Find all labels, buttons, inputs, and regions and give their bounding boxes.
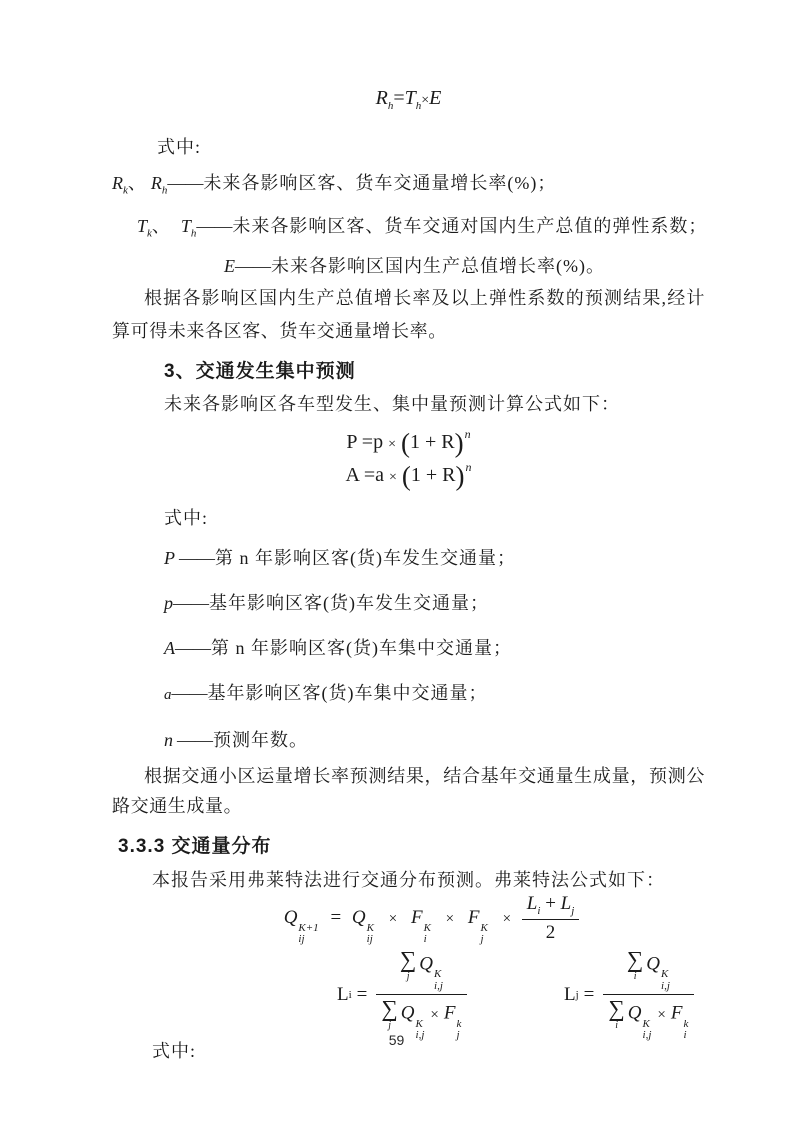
definition-text: 第 n 年影响区客(货)车集中交通量； bbox=[211, 638, 512, 658]
separator: 、 bbox=[128, 173, 147, 193]
body-paragraph: 根据各影响区国内生产总值增长率及以上弹性系数的预测结果,经计算可得未来各区客、货… bbox=[112, 282, 705, 348]
right-paren: ) bbox=[455, 428, 464, 458]
equals-sign: = bbox=[357, 984, 368, 1006]
times-sign: × bbox=[389, 911, 397, 927]
definition-line: a——基年影响区客(货)车集中交通量； bbox=[164, 680, 705, 708]
body-paragraph: 根据交通小区运量增长率预测结果，结合基年交通量生成量，预测公路交通生成量。 bbox=[112, 761, 705, 821]
definition-line: Rk、Rh——未来各影响区客、货车交通量增长率(%)； bbox=[112, 170, 705, 204]
times-sign: × bbox=[657, 1007, 665, 1023]
equals-sign: = bbox=[364, 464, 375, 486]
supsub: Ki,j bbox=[434, 969, 443, 992]
right-paren: ) bbox=[456, 461, 465, 491]
fraction-numerator: ∑jQKi,j bbox=[376, 948, 467, 994]
plus-sign: + bbox=[545, 893, 556, 914]
formula-growth-rate: Rh=Th×E bbox=[112, 84, 705, 120]
definition-text: 基年影响区客(货)车发生交通量； bbox=[209, 593, 489, 613]
var-L: L bbox=[561, 893, 572, 914]
definition-line: P——第 n 年影响区客(货)车发生交通量； bbox=[164, 545, 705, 571]
exponent-n: n bbox=[465, 427, 471, 441]
times-sign: × bbox=[388, 437, 396, 452]
var-L: L bbox=[564, 984, 576, 1006]
var-Q: Q bbox=[628, 1003, 642, 1024]
formula-attraction-a: A =a × (1 + R)n bbox=[112, 460, 705, 493]
definition-line: n——预测年数。 bbox=[164, 727, 705, 753]
definition-text: 基年影响区客(货)车集中交通量； bbox=[208, 683, 488, 703]
var-p: p bbox=[373, 431, 383, 453]
symbol: A bbox=[164, 638, 175, 658]
fraction: Li + Lj 2 bbox=[522, 893, 580, 944]
em-dash: —— bbox=[179, 548, 215, 568]
definition-text: 第 n 年影响区客(货)车发生交通量； bbox=[215, 548, 516, 568]
supsub: Kj bbox=[480, 923, 487, 946]
exponent-n: n bbox=[466, 460, 472, 474]
supsub: K+1ij bbox=[298, 923, 318, 946]
times-sign: × bbox=[430, 1007, 438, 1023]
var-F: F bbox=[671, 1003, 683, 1024]
symbol: T bbox=[181, 216, 191, 236]
page-content: Rh=Th×E 式中: Rk、Rh——未来各影响区客、货车交通量增长率(%)； … bbox=[0, 0, 793, 1064]
symbol: n bbox=[164, 730, 173, 750]
supsub: Ki,j bbox=[661, 969, 670, 992]
var-T: T bbox=[405, 87, 416, 109]
symbol: P bbox=[164, 548, 175, 568]
em-dash: —— bbox=[173, 593, 209, 613]
symbol: a bbox=[164, 687, 172, 703]
em-dash: —— bbox=[235, 256, 271, 276]
supsub: Kij bbox=[367, 923, 374, 946]
subscript: j bbox=[480, 934, 487, 946]
subscript: i bbox=[537, 905, 540, 917]
var-R: R bbox=[376, 87, 388, 109]
equals-sign: = bbox=[330, 907, 341, 928]
var-F: F bbox=[411, 907, 423, 928]
em-dash: —— bbox=[175, 638, 211, 658]
formula-row-balancing-factors: Li = ∑jQKi,j ∑jQKi,j×Fkj Lj = ∑iQKi,j ∑i… bbox=[112, 948, 705, 1036]
formula-fratar-q: QK+1ij = QKij × FKi × FKj × Li + Lj 2 bbox=[112, 893, 705, 946]
summation: ∑i bbox=[627, 948, 643, 982]
var-Q: Q bbox=[401, 1003, 415, 1024]
summation-index: j bbox=[388, 1021, 391, 1031]
intro-text: 未来各影响区各车型发生、集中量预测计算公式如下： bbox=[164, 391, 705, 417]
definition-line: A——第 n 年影响区客(货)车集中交通量； bbox=[164, 635, 705, 661]
formula-inner: 1 + R bbox=[410, 431, 455, 453]
em-dash: —— bbox=[196, 216, 232, 236]
left-paren: ( bbox=[402, 461, 411, 491]
var-Q: Q bbox=[352, 907, 366, 928]
summation-index: i bbox=[634, 972, 637, 982]
fraction-denominator: 2 bbox=[522, 919, 580, 944]
section-heading-distribution: 3.3.3 交通量分布 bbox=[118, 833, 705, 860]
times-sign: × bbox=[503, 911, 511, 927]
symbol: p bbox=[164, 593, 173, 613]
subscript: i bbox=[349, 989, 352, 1001]
times-sign: × bbox=[389, 470, 397, 485]
symbol: R bbox=[151, 173, 162, 193]
symbol: R bbox=[112, 173, 123, 193]
summation: ∑j bbox=[400, 948, 416, 982]
sigma-symbol: ∑ bbox=[627, 948, 643, 971]
subscript: ij bbox=[367, 934, 374, 946]
sigma-symbol: ∑ bbox=[608, 997, 624, 1020]
summation: ∑j bbox=[381, 997, 397, 1031]
summation: ∑i bbox=[608, 997, 624, 1031]
var-L: L bbox=[527, 893, 538, 914]
supsub: Ki bbox=[424, 923, 431, 946]
var-F: F bbox=[444, 1003, 456, 1024]
var-F: F bbox=[468, 907, 480, 928]
subscript: i,j bbox=[661, 981, 670, 993]
symbol: E bbox=[224, 256, 235, 276]
sigma-symbol: ∑ bbox=[381, 997, 397, 1020]
var-P: P bbox=[346, 431, 356, 453]
definition-line: Tk、Th——未来各影响区客、货车交通对国内生产总值的弹性系数； bbox=[137, 213, 705, 247]
formula-generation-p: P =p × (1 + R)n bbox=[112, 427, 705, 460]
page-number: 59 bbox=[0, 1032, 793, 1048]
subscript: j bbox=[576, 989, 579, 1001]
definition-text: 预测年数。 bbox=[213, 730, 308, 750]
formula-Lj: Lj = ∑iQKi,j ∑iQKi,j×Fki bbox=[564, 948, 698, 1042]
formula-inner: 1 + R bbox=[411, 464, 456, 486]
var-Q: Q bbox=[646, 953, 660, 974]
definition-line: E——未来各影响区国内生产总值增长率(%)。 bbox=[224, 253, 705, 279]
document-page: Rh=Th×E 式中: Rk、Rh——未来各影响区客、货车交通量增长率(%)； … bbox=[0, 0, 793, 1122]
symbol: T bbox=[137, 216, 147, 236]
var-L: L bbox=[337, 984, 349, 1006]
em-dash: —— bbox=[167, 173, 203, 193]
sigma-symbol: ∑ bbox=[400, 948, 416, 971]
definition-text: 未来各影响区客、货车交通对国内生产总值的弹性系数； bbox=[232, 216, 707, 236]
where-label-1: 式中: bbox=[157, 134, 705, 160]
summation-index: i bbox=[615, 1021, 618, 1031]
summation-index: j bbox=[407, 972, 410, 982]
subscript: ij bbox=[298, 934, 318, 946]
where-label-2: 式中: bbox=[164, 505, 705, 531]
left-paren: ( bbox=[401, 428, 410, 458]
var-Q: Q bbox=[284, 907, 298, 928]
var-a: a bbox=[375, 464, 384, 486]
equals-sign: = bbox=[393, 87, 404, 109]
em-dash: —— bbox=[177, 730, 213, 750]
em-dash: —— bbox=[172, 683, 208, 703]
formula-Li: Li = ∑jQKi,j ∑jQKi,j×Fkj bbox=[337, 948, 471, 1042]
var-A: A bbox=[345, 464, 358, 486]
equals-sign: = bbox=[362, 431, 373, 453]
equals-sign: = bbox=[584, 984, 595, 1006]
subscript: i,j bbox=[434, 981, 443, 993]
fraction-numerator: Li + Lj bbox=[522, 893, 580, 919]
fraction: ∑jQKi,j ∑jQKi,j×Fkj bbox=[376, 948, 467, 1042]
subscript: i bbox=[424, 934, 431, 946]
definition-text: 未来各影响区国内生产总值增长率(%)。 bbox=[271, 256, 605, 276]
var-Q: Q bbox=[419, 953, 433, 974]
section-heading-generation: 3、交通发生集中预测 bbox=[164, 358, 705, 385]
times-sign: × bbox=[421, 93, 429, 108]
times-sign: × bbox=[446, 911, 454, 927]
fraction-numerator: ∑iQKi,j bbox=[603, 948, 694, 994]
subscript: j bbox=[571, 905, 574, 917]
fraction: ∑iQKi,j ∑iQKi,j×Fki bbox=[603, 948, 694, 1042]
intro-text: 本报告采用弗莱特法进行交通分布预测。弗莱特法公式如下： bbox=[152, 867, 705, 893]
separator: 、 bbox=[152, 216, 171, 236]
definition-line: p——基年影响区客(货)车发生交通量； bbox=[164, 590, 705, 616]
definition-text: 未来各影响区客、货车交通量增长率(%)； bbox=[203, 173, 556, 193]
var-E: E bbox=[429, 87, 441, 109]
